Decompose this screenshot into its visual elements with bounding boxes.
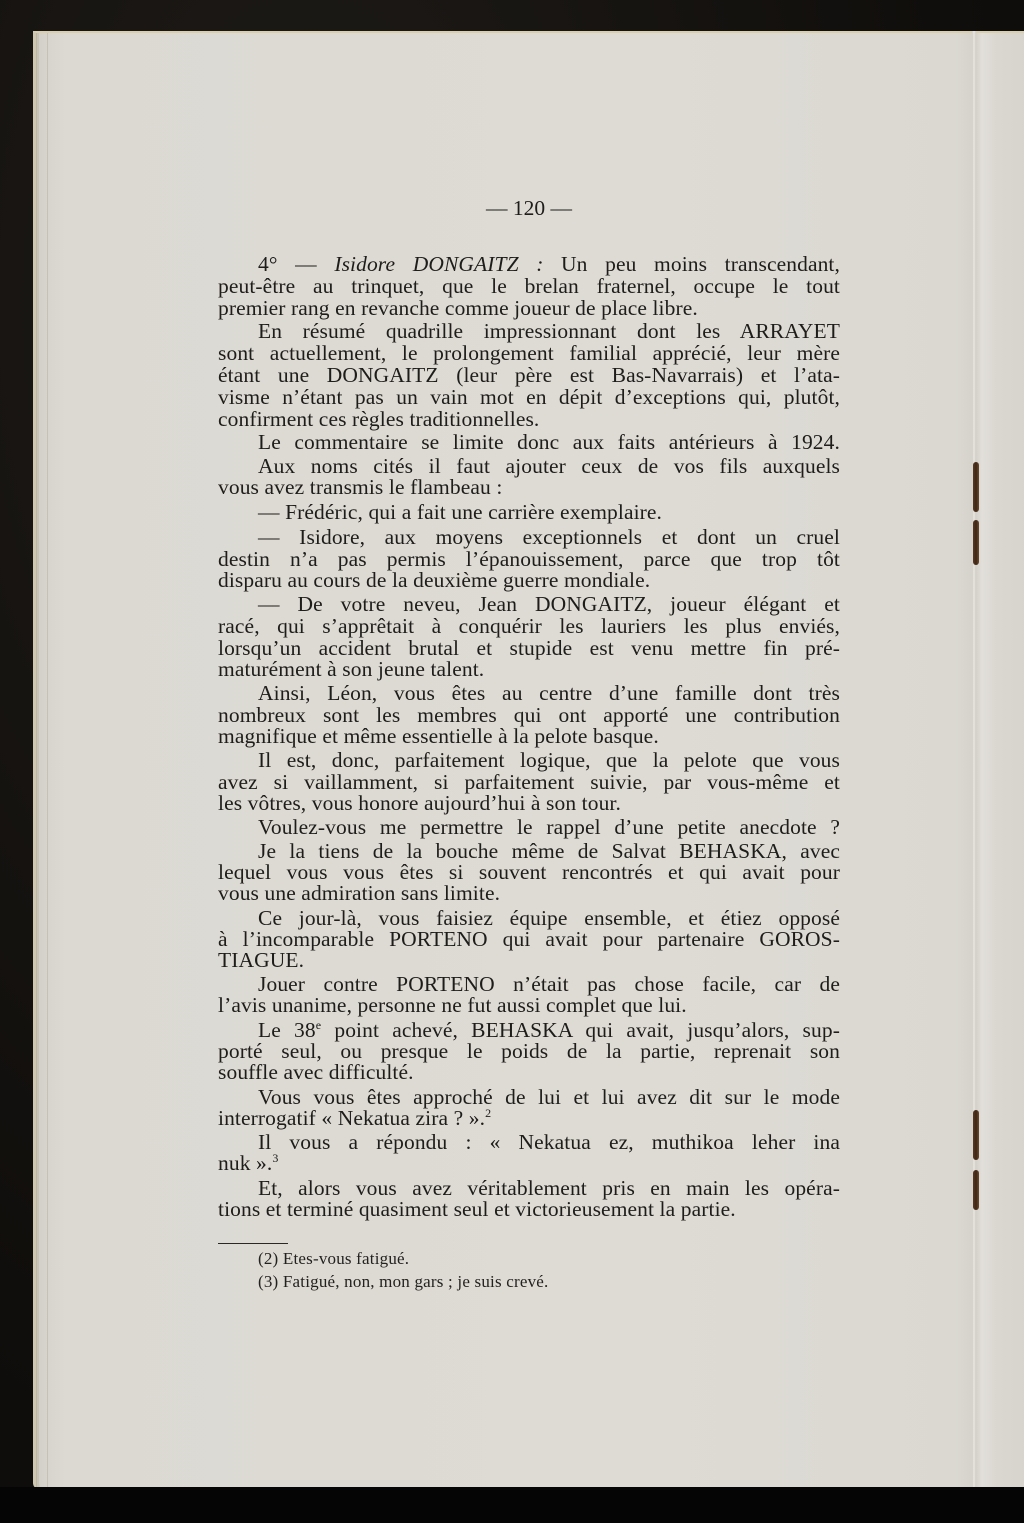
text-line: peut-être au trinquet, que le brelan fra… <box>218 275 840 297</box>
text-line: sont actuellement, le prolongement famil… <box>218 342 840 364</box>
text-line: — De votre neveu, Jean DONGAITZ, joueur … <box>258 593 840 615</box>
staple-icon <box>973 462 979 512</box>
text-span: nuk ». <box>218 1151 272 1175</box>
text-line: à l’incomparable PORTENO qui avait pour … <box>218 928 840 950</box>
footnote-marker: (2) <box>258 1249 278 1268</box>
text-span: interrogatif « Nekatua zira ? ». <box>218 1106 485 1130</box>
text-span: Un peu moins transcendant, <box>543 252 840 276</box>
text-line: Le commentaire se limite donc aux faits … <box>258 431 840 453</box>
text-line: lorsqu’un accident brutal et stupide est… <box>218 637 840 659</box>
text-line: Vous vous êtes approché de lui et lui av… <box>258 1086 840 1108</box>
text-line: lequel vous vous êtes si souvent rencont… <box>218 861 840 883</box>
italic-name: Isidore DONGAITZ : <box>334 252 543 276</box>
text-line: Il est, donc, parfaitement logique, que … <box>258 749 840 771</box>
text-line: Il vous a répondu : « Nekatua ez, muthik… <box>258 1131 840 1153</box>
footnote-marker: (3) <box>258 1272 278 1291</box>
scanned-book-page: — 120 — 4° — Isidore DONGAITZ : Un peu m… <box>0 0 1024 1523</box>
footnote-ref-3[interactable]: 3 <box>272 1151 278 1165</box>
text-line: racé, qui s’apprêtait à conquérir les la… <box>218 615 840 637</box>
footnote-3: (3) Fatigué, non, mon gars ; je suis cre… <box>258 1272 548 1292</box>
text-line: — Isidore, aux moyens exceptionnels et d… <box>258 526 840 548</box>
text-line: porté seul, ou presque le poids de la pa… <box>218 1040 840 1062</box>
text-line: vous avez transmis le flambeau : <box>218 476 840 498</box>
text-line: En résumé quadrille impressionnant dont … <box>258 320 840 342</box>
ordinal: 4° — <box>258 252 334 276</box>
scan-background <box>0 1487 1024 1523</box>
text-line: Voulez-vous me permettre le rappel d’une… <box>258 816 840 838</box>
text-line: premier rang en revanche comme joueur de… <box>218 297 840 319</box>
text-line: Ce jour-là, vous faisiez équipe ensemble… <box>258 907 840 929</box>
footnote-divider <box>218 1243 288 1244</box>
text-line: Jouer contre PORTENO n’était pas chose f… <box>258 973 840 995</box>
text-line: TIAGUE. <box>218 949 840 971</box>
text-line: visme n’étant pas un vain mot en dépit d… <box>218 386 840 408</box>
text-line: souffle avec difficulté. <box>218 1061 840 1083</box>
staple-icon <box>973 520 979 565</box>
binding-fold <box>972 31 976 1487</box>
text-line: Ainsi, Léon, vous êtes au centre d’une f… <box>258 682 840 704</box>
text-line: confirment ces règles traditionnelles. <box>218 408 840 430</box>
text-line: Le 38e point achevé, BEHASKA qui avait, … <box>258 1019 840 1041</box>
text-line: 4° — Isidore DONGAITZ : Un peu moins tra… <box>258 253 840 275</box>
footnote-ref-2[interactable]: 2 <box>485 1106 491 1120</box>
text-line: étant une DONGAITZ (leur père est Bas-Na… <box>218 364 840 386</box>
staple-icon <box>973 1170 979 1210</box>
footnote-text: Etes-vous fatigué. <box>283 1249 409 1268</box>
footnote-2: (2) Etes-vous fatigué. <box>258 1249 409 1269</box>
text-line: vous une admiration sans limite. <box>218 882 840 904</box>
text-line: — Frédéric, qui a fait une carrière exem… <box>258 501 840 523</box>
text-line: tions et terminé quasiment seul et victo… <box>218 1198 840 1220</box>
text-line: Aux noms cités il faut ajouter ceux de v… <box>258 455 840 477</box>
text-line: disparu au cours de la deuxième guerre m… <box>218 569 840 591</box>
text-line: maturément à son jeune talent. <box>218 658 840 680</box>
text-line: l’avis unanime, personne ne fut aussi co… <box>218 994 840 1016</box>
text-line: Et, alors vous avez véritablement pris e… <box>258 1177 840 1199</box>
text-line: destin n’a pas permis l’épanouissement, … <box>218 548 840 570</box>
text-line: Je la tiens de la bouche même de Salvat … <box>258 840 840 862</box>
footnote-text: Fatigué, non, mon gars ; je suis crevé. <box>283 1272 549 1291</box>
text-line: magnifique et même essentielle à la pelo… <box>218 725 840 747</box>
text-line: interrogatif « Nekatua zira ? ».2 <box>218 1107 840 1129</box>
text-line: nombreux sont les membres qui ont apport… <box>218 704 840 726</box>
page-number: — 120 — <box>218 197 840 219</box>
text-line: nuk ».3 <box>218 1152 840 1174</box>
text-line: avez si vaillamment, si parfaitement sui… <box>218 771 840 793</box>
staple-icon <box>973 1110 979 1160</box>
text-line: les vôtres, vous honore aujourd’hui à so… <box>218 792 840 814</box>
